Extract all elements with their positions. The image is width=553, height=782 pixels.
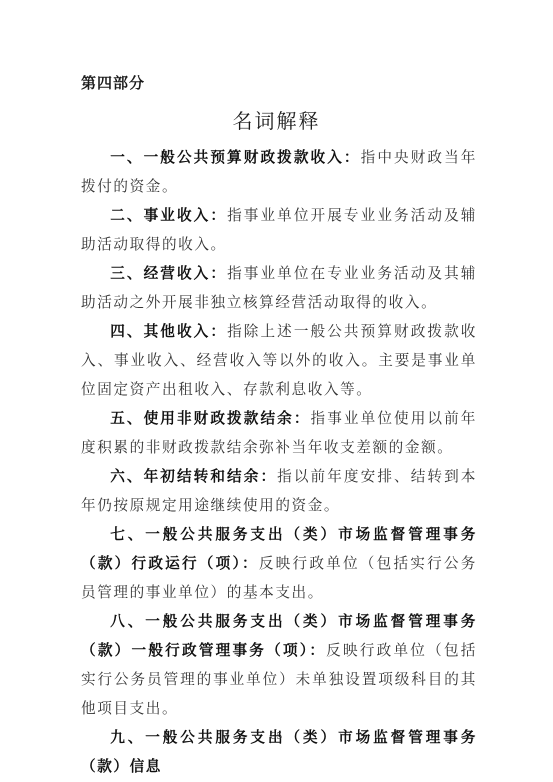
term: 五、使用非财政拨款结余： — [110, 410, 310, 427]
glossary-entry-5: 五、使用非财政拨款结余：指事业单位使用以前年度积累的非财政拨款结余弥补当年收支差… — [81, 404, 477, 462]
glossary-entry-4: 四、其他收入：指除上述一般公共预算财政拨款收入、事业收入、经营收入等以外的收入。… — [81, 317, 477, 404]
term: 三、经营收入： — [110, 265, 227, 282]
page-title: 名词解释 — [0, 105, 553, 134]
term: 一、一般公共预算财政拨款收入： — [110, 149, 360, 166]
term: 四、其他收入： — [110, 323, 227, 340]
glossary-entry-3: 三、经营收入：指事业单位在专业业务活动及其辅助活动之外开展非独立核算经营活动取得… — [81, 259, 477, 317]
glossary-entry-7: 七、一般公共服务支出（类）市场监督管理事务（款）行政运行（项）：反映行政单位（包… — [81, 520, 477, 607]
part-label: 第四部分 — [81, 72, 145, 93]
glossary-entry-8: 八、一般公共服务支出（类）市场监督管理事务（款）一般行政管理事务（项）：反映行政… — [81, 607, 477, 723]
term: 六、年初结转和结余： — [110, 468, 277, 485]
glossary-entry-1: 一、一般公共预算财政拨款收入：指中央财政当年拨付的资金。 — [81, 143, 477, 201]
glossary-body: 一、一般公共预算财政拨款收入：指中央财政当年拨付的资金。 二、事业收入：指事业单… — [81, 143, 477, 781]
term: 二、事业收入： — [110, 207, 227, 224]
document-page: 第四部分 名词解释 一、一般公共预算财政拨款收入：指中央财政当年拨付的资金。 二… — [0, 0, 553, 782]
glossary-entry-2: 二、事业收入：指事业单位开展专业业务活动及辅助活动取得的收入。 — [81, 201, 477, 259]
glossary-entry-6: 六、年初结转和结余：指以前年度安排、结转到本年仍按原规定用途继续使用的资金。 — [81, 462, 477, 520]
page-number: 35 — [0, 732, 553, 742]
